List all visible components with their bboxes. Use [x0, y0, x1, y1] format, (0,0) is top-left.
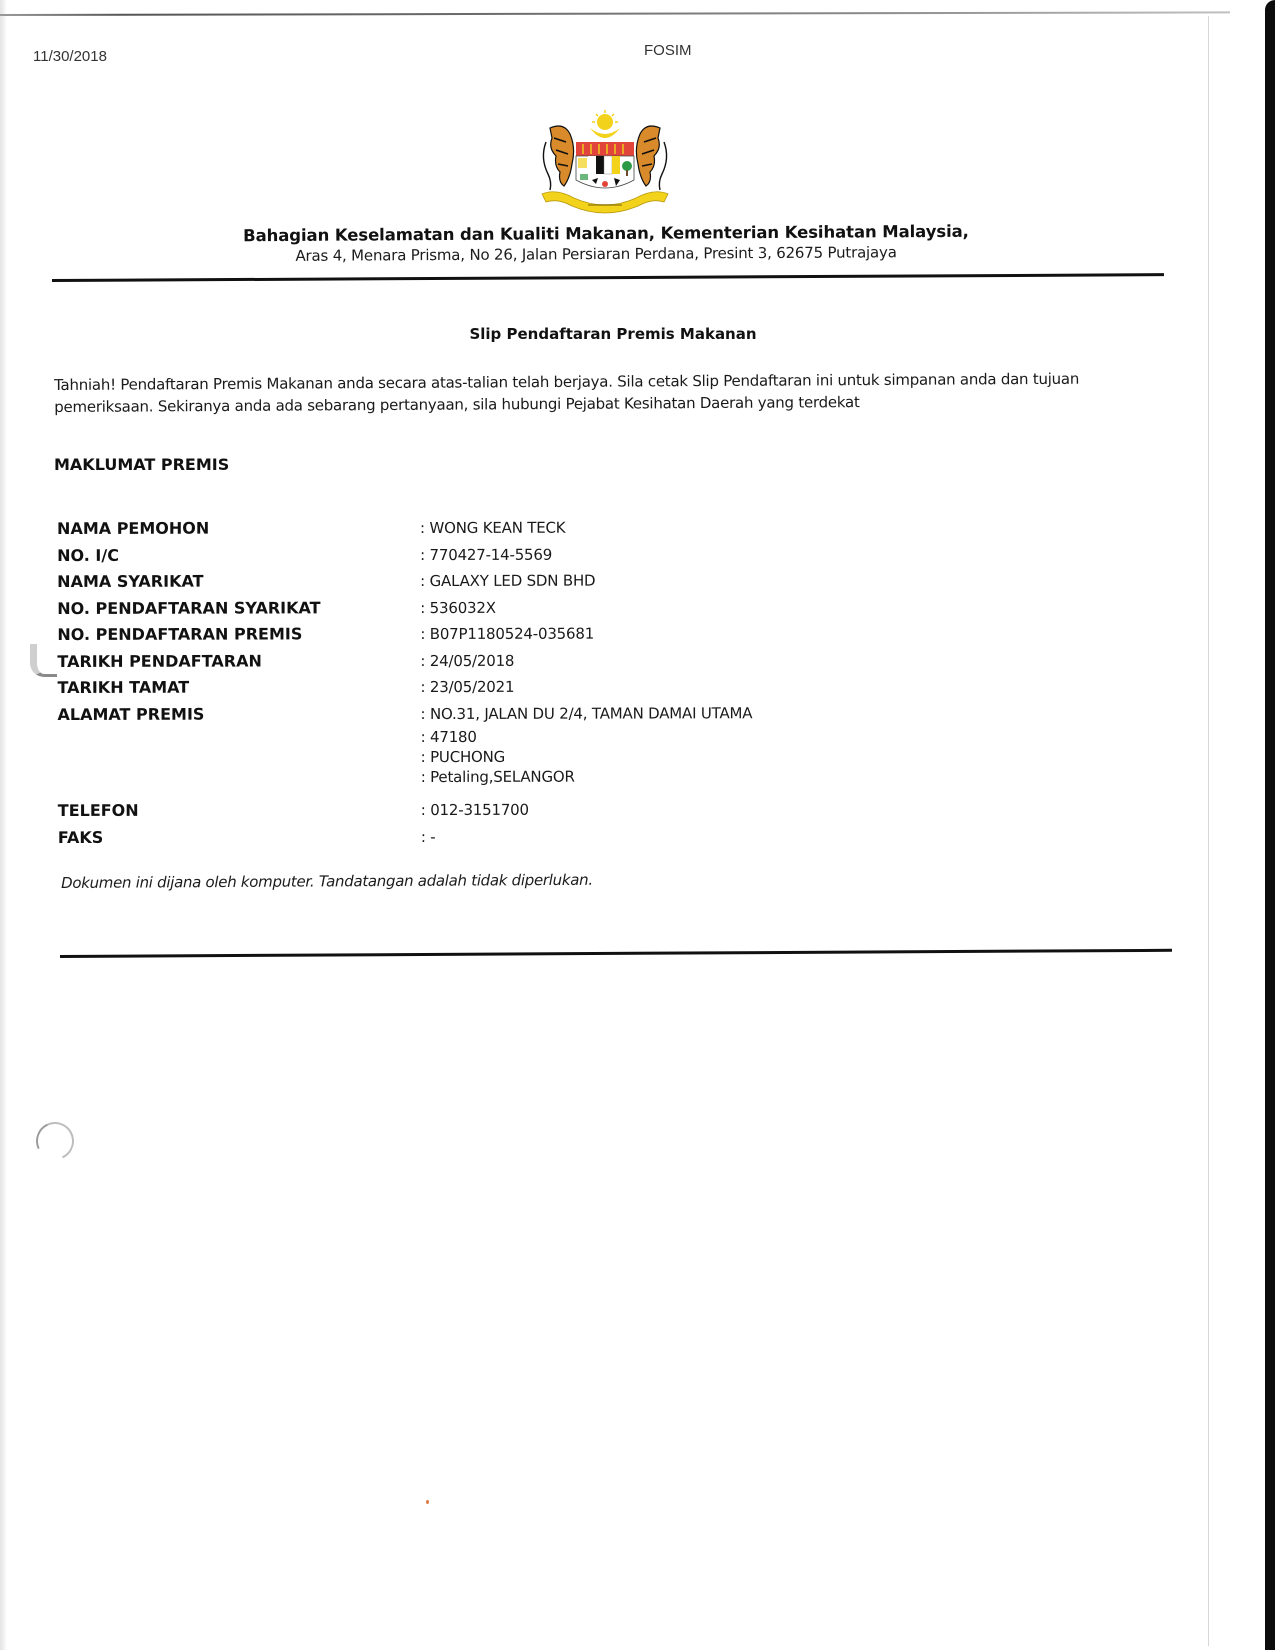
field-fax: FAKS - [58, 822, 858, 851]
intro-paragraph: Tahniah! Pendaftaran Premis Makanan anda… [54, 367, 1174, 418]
field-label: TARIKH TAMAT [57, 674, 420, 701]
field-label: FAKS [58, 824, 421, 851]
field-registration-date: TARIKH PENDAFTARAN 24/05/2018 [57, 646, 857, 675]
computer-generated-note: Dokumen ini dijana oleh komputer. Tandat… [61, 871, 593, 892]
scan-page-edge [1208, 16, 1209, 1646]
scan-edge-right [1265, 0, 1275, 1650]
field-value: 24/05/2018 [420, 647, 514, 674]
section-heading: MAKLUMAT PREMIS [54, 455, 229, 474]
field-label: NO. PENDAFTARAN SYARIKAT [57, 595, 420, 622]
print-date: 11/30/2018 [33, 48, 107, 65]
field-value: 770427-14-5569 [420, 541, 552, 568]
footer-divider [60, 949, 1172, 958]
field-value: 23/05/2021 [420, 674, 514, 701]
field-telephone: TELEFON 012-3151700 [58, 796, 858, 825]
header-divider [52, 273, 1164, 282]
field-value: WONG KEAN TECK [420, 515, 565, 542]
field-label: NO. I/C [57, 542, 420, 569]
field-value: GALAXY LED SDN BHD [420, 568, 595, 595]
slip-title: Slip Pendaftaran Premis Makanan [8, 325, 1218, 343]
field-label: NAMA SYARIKAT [57, 568, 420, 595]
print-system-name: FOSIM [644, 42, 692, 59]
field-company-name: NAMA SYARIKAT GALAXY LED SDN BHD [57, 567, 857, 596]
field-label: NAMA PEMOHON [57, 515, 420, 542]
field-premises-registration-no: NO. PENDAFTARAN PREMIS B07P1180524-03568… [57, 620, 857, 649]
field-premises-address: ALAMAT PREMIS NO.31, JALAN DU 2/4, TAMAN… [57, 699, 857, 788]
field-ic-number: NO. I/C 770427-14-5569 [57, 540, 857, 569]
staple-mark [30, 644, 57, 677]
field-label: TARIKH PENDAFTARAN [57, 648, 420, 675]
punch-hole-mark [31, 1117, 80, 1166]
field-expiry-date: TARIKH TAMAT 23/05/2021 [57, 673, 857, 702]
premises-info-table: NAMA PEMOHON WONG KEAN TECK NO. I/C 7704… [57, 514, 858, 851]
field-company-registration-no: NO. PENDAFTARAN SYARIKAT 536032X [57, 593, 857, 622]
malaysia-coat-of-arms-icon [536, 108, 674, 216]
field-value: - [421, 824, 436, 851]
field-label: NO. PENDAFTARAN PREMIS [57, 621, 420, 648]
field-value: 012-3151700 [421, 797, 529, 824]
field-label: ALAMAT PREMIS [57, 701, 420, 728]
field-value: 536032X [420, 594, 496, 621]
field-applicant-name: NAMA PEMOHON WONG KEAN TECK [57, 514, 857, 543]
field-label: TELEFON [58, 797, 421, 824]
field-value: NO.31, JALAN DU 2/4, TAMAN DAMAI UTAMA 4… [420, 700, 752, 787]
field-value: B07P1180524-035681 [420, 621, 594, 648]
department-header: Bahagian Keselamatan dan Kualiti Makanan… [0, 220, 1210, 266]
scan-edge-top [0, 11, 1230, 16]
scan-speck [426, 1500, 429, 1504]
